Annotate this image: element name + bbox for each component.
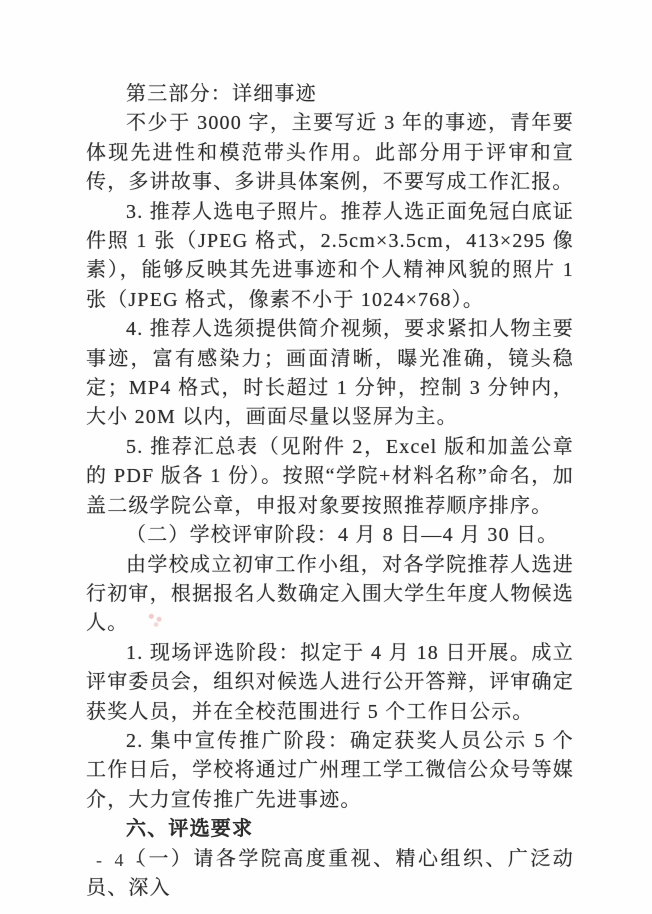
paragraph-item4-video: 4. 推荐人选须提供简介视频，要求紧扣人物主要事迹，富有感染力；画面清晰，曝光准…: [86, 315, 574, 433]
paragraph-wordcount-requirement: 不少于 3000 字，主要写近 3 年的事迹，青年要体现先进性和模范带头作用。此…: [86, 109, 574, 197]
paragraph-requirement-1: （一）请各学院高度重视、精心组织、广泛动员、深入: [86, 845, 574, 904]
paragraph-school-review-stage: （二）学校评审阶段：4 月 8 日—4 月 30 日。: [86, 521, 574, 550]
paragraph-item3-photo: 3. 推荐人选电子照片。推荐人选正面免冠白底证件照 1 张（JPEG 格式，2.…: [86, 198, 574, 316]
paragraph-publicity-stage: 2. 集中宣传推广阶段：确定获奖人员公示 5 个工作日后，学校将通过广州理工学工…: [86, 727, 574, 815]
document-body: 第三部分：详细事迹 不少于 3000 字，主要写近 3 年的事迹，青年要体现先进…: [86, 80, 574, 903]
paragraph-item5-summary-table: 5. 推荐汇总表（见附件 2，Excel 版和加盖公章的 PDF 版各 1 份）…: [86, 433, 574, 521]
heading-section6-requirements: 六、评选要求: [86, 815, 574, 844]
paragraph-section3-title: 第三部分：详细事迹: [86, 80, 574, 109]
document-page: 第三部分：详细事迹 不少于 3000 字，主要写近 3 年的事迹，青年要体现先进…: [0, 0, 652, 914]
paragraph-onsite-selection: 1. 现场评选阶段：拟定于 4 月 18 日开展。成立评审委员会，组织对候选人进…: [86, 639, 574, 727]
paragraph-initial-review: 由学校成立初审工作小组，对各学院推荐人选进行初审，根据报名人数确定入围大学生年度…: [86, 551, 574, 639]
page-number: - 4 -: [96, 850, 146, 871]
